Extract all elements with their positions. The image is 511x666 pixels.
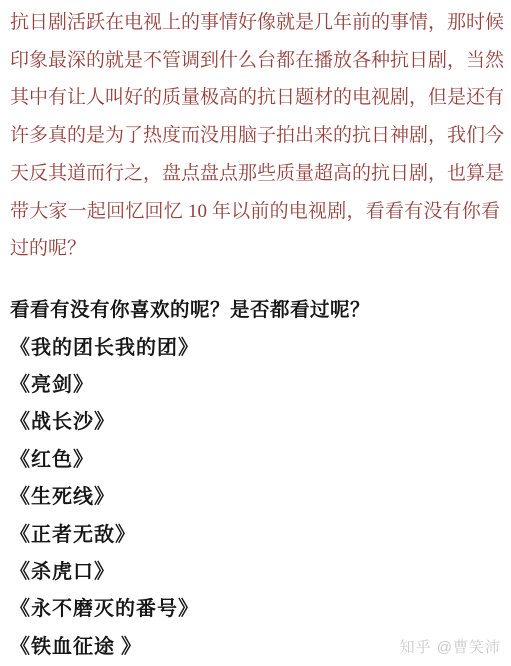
drama-title: 《生死线》 — [10, 479, 500, 516]
drama-title: 《我的团长我的团》 — [10, 330, 500, 367]
paragraph-line: 过的呢？ — [10, 230, 500, 268]
zhihu-watermark: 知乎 @曹笑沛 — [400, 636, 501, 657]
paragraph-line: 天反其道而行之，盘点盘点那些质量超高的抗日剧，也算是 — [10, 155, 500, 193]
drama-title: 《永不磨灭的番号》 — [10, 591, 500, 628]
paragraph-line: 带大家一起回忆回忆 10 年以前的电视剧，看看有没有你看 — [10, 193, 500, 231]
paragraph-line: 印象最深的就是不管调到什么台都在播放各种抗日剧，当然 — [10, 42, 500, 80]
drama-title: 《正者无敌》 — [10, 517, 500, 554]
section-heading: 看看有没有你喜欢的呢？是否都看过呢？ — [10, 292, 500, 330]
paragraph-line: 其中有让人叫好的质量极高的抗日题材的电视剧，但是还有 — [10, 79, 500, 117]
article-page: 抗日剧活跃在电视上的事情好像就是几年前的事情，那时候 印象最深的就是不管调到什么… — [0, 0, 511, 666]
paragraph-line: 许多真的是为了热度而没用脑子拍出来的抗日神剧，我们今 — [10, 117, 500, 155]
intro-paragraph: 抗日剧活跃在电视上的事情好像就是几年前的事情，那时候 印象最深的就是不管调到什么… — [10, 4, 500, 268]
drama-title: 《红色》 — [10, 442, 500, 479]
paragraph-line: 抗日剧活跃在电视上的事情好像就是几年前的事情，那时候 — [10, 4, 500, 42]
drama-title: 《杀虎口》 — [10, 554, 500, 591]
drama-title-list: 《我的团长我的团》 《亮剑》 《战长沙》 《红色》 《生死线》 《正者无敌》 《… — [10, 330, 500, 666]
drama-title: 《亮剑》 — [10, 367, 500, 404]
drama-title: 《战长沙》 — [10, 404, 500, 441]
